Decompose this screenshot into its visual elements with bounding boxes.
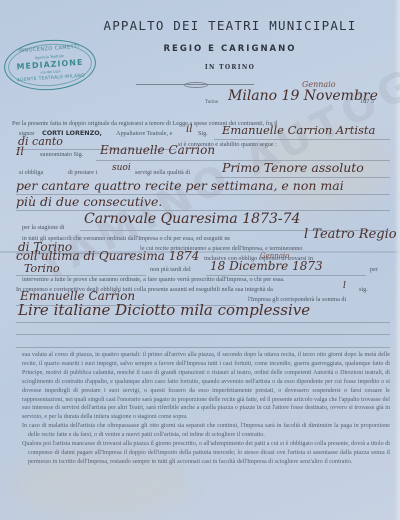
date-printed-prefix: Torino (205, 100, 218, 105)
date-correction: Gennaio (302, 80, 336, 89)
body-paragraph: In caso di malattia dell'artista che olt… (16, 422, 390, 440)
contract-line: intervenire a tutte le prove che saranno… (22, 276, 285, 283)
terms-text: più di due consecutive. (16, 194, 162, 209)
contract-line: di prestare i (68, 169, 97, 176)
body-paragraph: sua valuta al corso di piazza, in quattr… (16, 351, 390, 422)
hand-text: Il (16, 145, 24, 158)
contract-line: non più tardi del (150, 266, 191, 273)
document-title: APPALTO DEI TEATRI MUNICIPALI (0, 18, 400, 33)
arrival-date-text: 18 Dicembre 1873 (210, 259, 323, 273)
fill-line (16, 334, 390, 335)
terms-text: per cantare quattro recite per settimana… (16, 178, 344, 193)
fill-line (16, 322, 390, 323)
artist-name: Emanuelle Carrion Artista (222, 123, 375, 137)
theatre-text: l Teatro Regio (304, 227, 397, 242)
date-handwritten: Milano 19 Novembre (228, 88, 378, 104)
document-page: TAMINO AUTOGRAPHS APPALTO DEI TEATRI MUN… (0, 0, 400, 520)
contract-line: sunnominato Sig. (40, 151, 83, 158)
contract-line: Appaltatore Teatrale, e (116, 130, 172, 137)
hand-text: di canto (18, 135, 63, 148)
contract-line: Sig. (198, 130, 208, 137)
hand-text: suoi (112, 163, 131, 173)
season-text: Carnovale Quaresima 1873-74 (84, 211, 300, 227)
date-correction: Gennaio (260, 252, 289, 260)
contract-line: si obbliga (19, 169, 43, 176)
body-paragraph: Qualora poi l'artista mancasse di trovar… (16, 440, 390, 467)
fee-text: Lire italiane Diciotto mila complessive (18, 301, 310, 319)
hand-text: il (186, 124, 192, 135)
contract-body: sua valuta al corso di piazza, in quattr… (16, 351, 390, 467)
contract-line: per (370, 266, 378, 273)
role-text: Primo Tenore assoluto (222, 160, 364, 175)
contract-line: servigi nella qualità di (135, 169, 190, 176)
end-date-text: coll'ultima di Quaresima 1874 (16, 249, 199, 263)
contract-line: per la stagione di (22, 224, 64, 231)
fill-line (214, 139, 390, 140)
hand-text: l (343, 281, 346, 291)
contract-line: sig. (359, 286, 368, 293)
date-printed-year: 187 3 (360, 98, 374, 105)
artist-name: Emanuelle Carrion (100, 143, 215, 157)
fill-line (16, 347, 390, 348)
ornament-divider (136, 84, 254, 87)
city-text: Torino (24, 262, 60, 275)
